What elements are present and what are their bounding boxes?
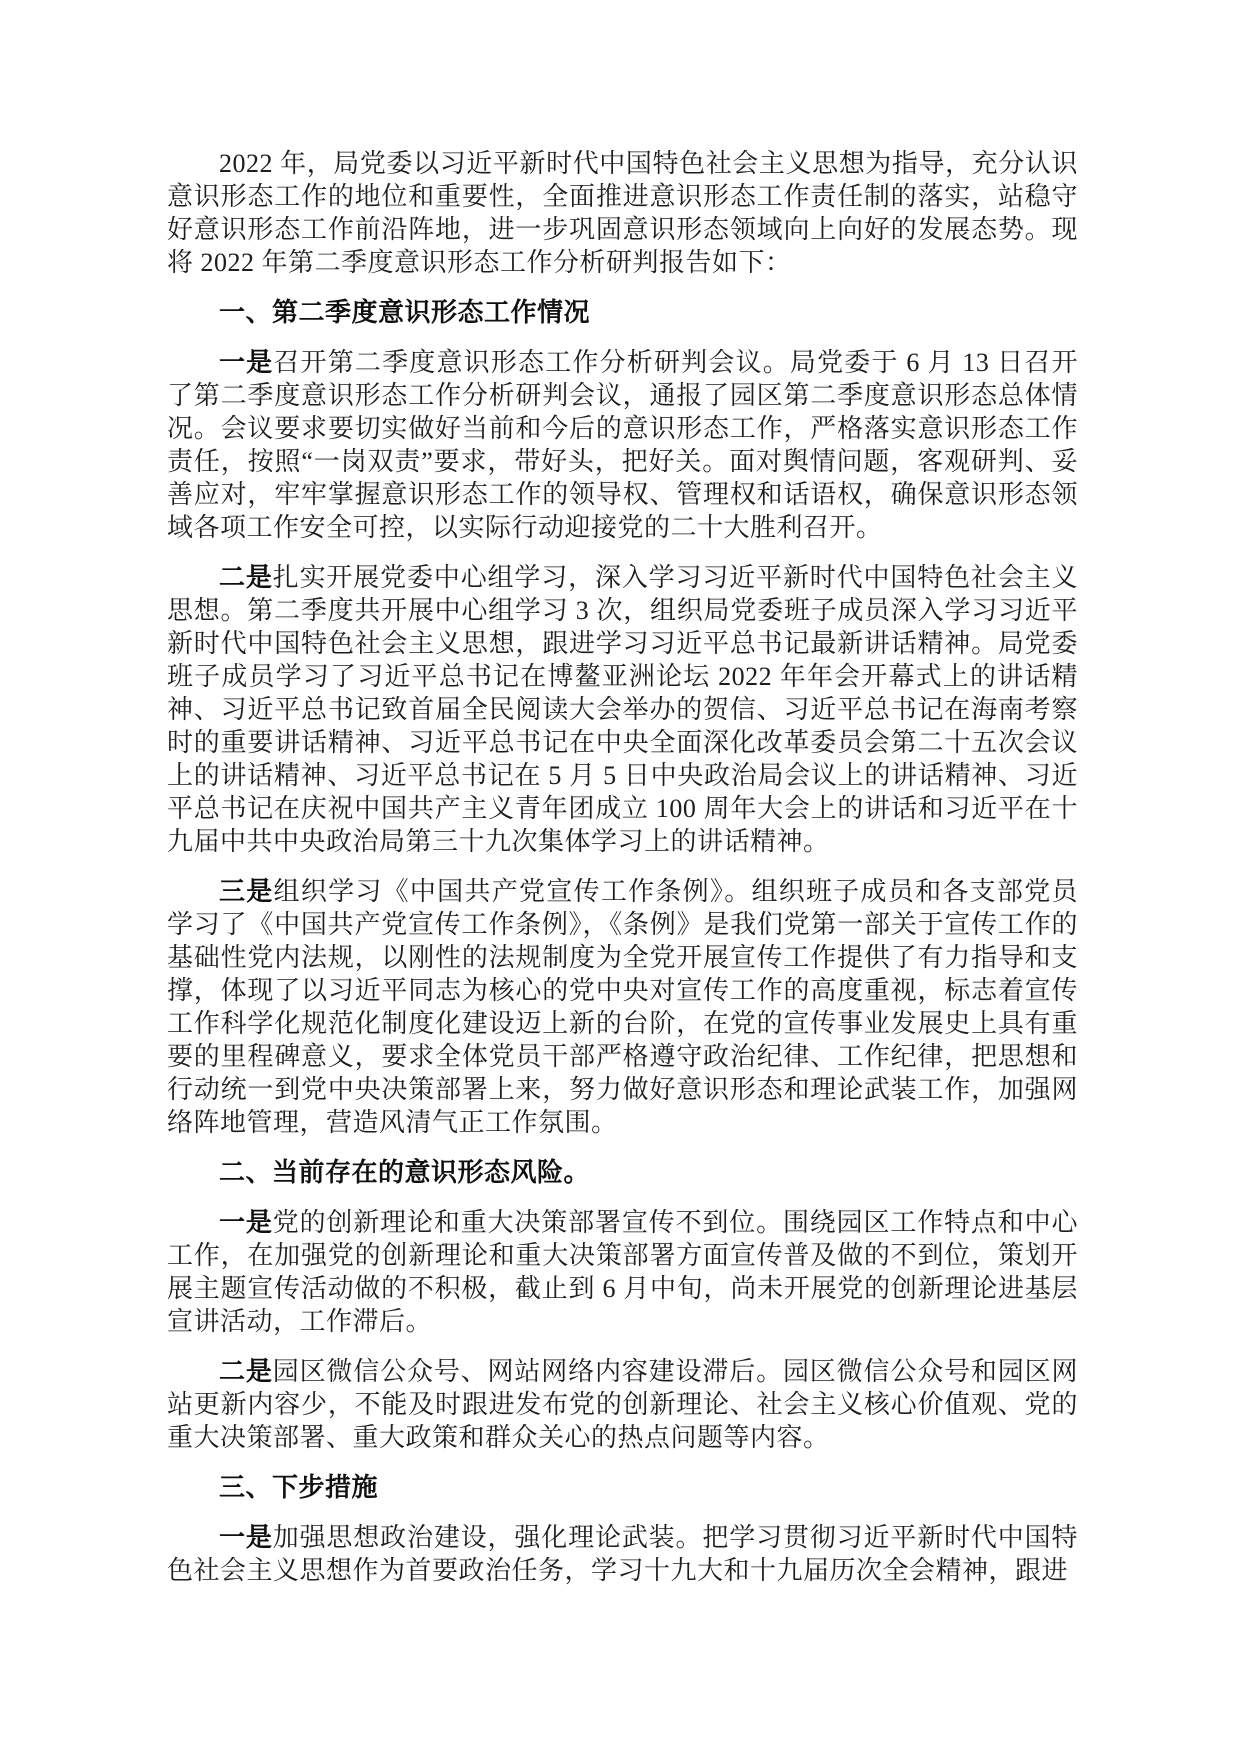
- paragraph-text: 召开第二季度意识形态工作分析研判会议。局党委于 6 月 13 日召开了第二季度意…: [167, 348, 1078, 542]
- paragraph-section1-item2: 二是扎实开展党委中心组学习，深入学习习近平新时代中国特色社会主义思想。第二季度共…: [167, 561, 1078, 858]
- paragraph-section1-item3: 三是组织学习《中国共产党宣传工作条例》。组织班子成员和各支部党员学习了《中国共产…: [167, 875, 1078, 1139]
- paragraph-text: 加强思想政治建设，强化理论武装。把学习贯彻习近平新时代中国特色社会主义思想作为首…: [167, 1523, 1078, 1585]
- document-page: 2022 年，局党委以习近平新时代中国特色社会主义思想为指导，充分认识意识形态工…: [0, 0, 1240, 1754]
- paragraph-text: 扎实开展党委中心组学习，深入学习习近平新时代中国特色社会主义思想。第二季度共开展…: [167, 563, 1078, 856]
- paragraph-text: 2022 年，局党委以习近平新时代中国特色社会主义思想为指导，充分认识意识形态工…: [167, 149, 1078, 277]
- paragraph-section2-item2: 二是园区微信公众号、网站网络内容建设滞后。园区微信公众号和园区网站更新内容少，不…: [167, 1355, 1078, 1454]
- paragraph-lead: 二是: [219, 1356, 273, 1386]
- paragraph-lead: 二是: [219, 562, 273, 592]
- intro-paragraph: 2022 年，局党委以习近平新时代中国特色社会主义思想为指导，充分认识意识形态工…: [167, 147, 1078, 279]
- section-heading-3: 三、下步措施: [167, 1471, 1078, 1504]
- paragraph-lead: 一是: [219, 1522, 273, 1552]
- paragraph-text: 组织学习《中国共产党宣传工作条例》。组织班子成员和各支部党员学习了《中国共产党宣…: [167, 877, 1078, 1137]
- section-heading-1: 一、第二季度意识形态工作情况: [167, 296, 1078, 329]
- paragraph-lead: 一是: [219, 347, 273, 377]
- paragraph-section3-item1: 一是加强思想政治建设，强化理论武装。把学习贯彻习近平新时代中国特色社会主义思想作…: [167, 1521, 1078, 1587]
- paragraph-section1-item1: 一是召开第二季度意识形态工作分析研判会议。局党委于 6 月 13 日召开了第二季…: [167, 346, 1078, 544]
- paragraph-lead: 三是: [219, 876, 274, 906]
- paragraph-text: 园区微信公众号、网站网络内容建设滞后。园区微信公众号和园区网站更新内容少，不能及…: [167, 1357, 1078, 1452]
- paragraph-text: 党的创新理论和重大决策部署宣传不到位。围绕园区工作特点和中心工作，在加强党的创新…: [167, 1208, 1078, 1336]
- paragraph-section2-item1: 一是党的创新理论和重大决策部署宣传不到位。围绕园区工作特点和中心工作，在加强党的…: [167, 1206, 1078, 1338]
- paragraph-lead: 一是: [219, 1207, 273, 1237]
- section-heading-2: 二、当前存在的意识形态风险。: [167, 1156, 1078, 1189]
